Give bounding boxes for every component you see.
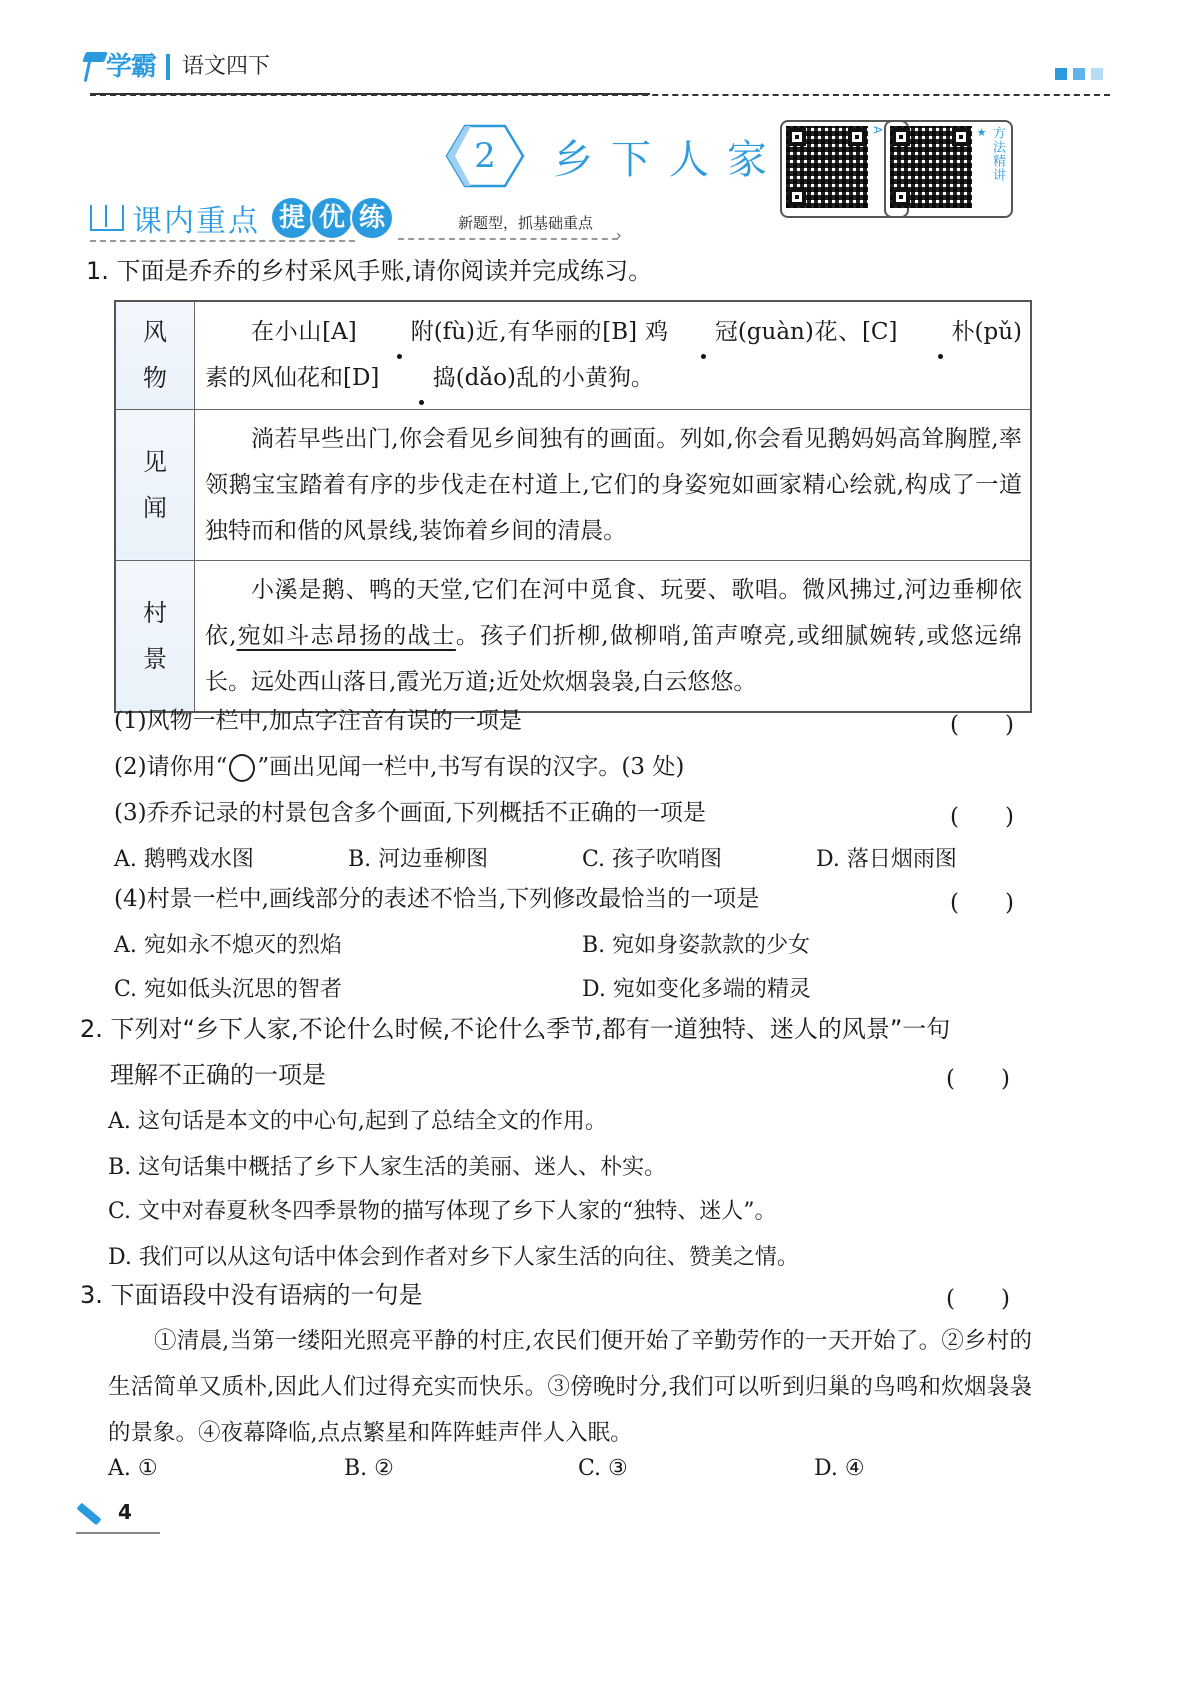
brand-divider xyxy=(166,54,170,80)
row-header: 村景 xyxy=(115,560,195,712)
corner-squares-decoration xyxy=(1055,68,1103,80)
question-2-stem: 2. 下列对“乡下人家,不论什么时候,不论什么季节,都有一道独特、迷人的风景”一… xyxy=(80,1014,950,1044)
qr-label: 方法精讲 xyxy=(990,126,1005,182)
option-b: B. 宛如身姿款款的少女 xyxy=(582,928,810,959)
brand-logo: 学霸 语文四下 xyxy=(82,52,270,82)
option-d: D. ④ xyxy=(814,1456,865,1481)
footer-underline xyxy=(76,1532,160,1534)
row-text-jianwen: 淌若早些出门,你会看见乡间独有的画面。列如,你会看见鹅妈妈高耸胸膛,率领鹅宝宝踏… xyxy=(195,409,1032,560)
section-note: 新题型，抓基础重点 xyxy=(458,212,593,233)
section-badge: 优 xyxy=(310,196,354,240)
answer-blank[interactable]: ( ) xyxy=(946,1280,1010,1313)
section-badge: 提 xyxy=(270,196,314,240)
section-underline xyxy=(90,240,355,242)
field-notes-table: 风物 在小山[A] 附(fù)近,有华丽的[B] 鸡冠(guàn)花、[C] 朴… xyxy=(114,300,1032,713)
dotted-char: 朴 xyxy=(906,309,975,355)
star-icon: ★ xyxy=(975,126,988,212)
qr-badge-icon: A xyxy=(871,126,884,212)
option-c: C. ③ xyxy=(578,1456,628,1481)
lesson-title: 乡下人家 xyxy=(553,128,785,185)
row-text-cunjing: 小溪是鹅、鸭的天堂,它们在河中觅食、玩要、歌唱。微风拂过,河边垂柳依依,宛如斗志… xyxy=(195,560,1032,712)
arrow-right-icon: › xyxy=(616,228,622,244)
question-2-stem-cont: 理解不正确的一项是 xyxy=(110,1060,326,1090)
q1-sub1: (1)风物一栏中,加点字注音有误的一项是 xyxy=(114,706,522,736)
lesson-number: 2 xyxy=(445,122,525,190)
row-header: 风物 xyxy=(115,301,195,409)
table-row: 见闻 淌若早些出门,你会看见乡间独有的画面。列如,你会看见鹅妈妈高耸胸膛,率领鹅… xyxy=(115,409,1031,560)
circle-icon xyxy=(229,754,255,782)
section-header: 课内重点 提 优 练 xyxy=(90,196,390,240)
answer-blank[interactable]: ( ) xyxy=(950,798,1014,831)
q1-sub2: (2)请你用“”画出见闻一栏中,书写有误的汉字。(3 处) xyxy=(114,752,684,782)
question-3-stem: 3. 下面语段中没有语病的一句是 xyxy=(80,1280,423,1310)
row-text-fengwu: 在小山[A] 附(fù)近,有华丽的[B] 鸡冠(guàn)花、[C] 朴(pǔ… xyxy=(195,301,1032,409)
option-b: B. ② xyxy=(344,1456,394,1481)
brand-name: 学霸 xyxy=(106,52,156,82)
question-1-stem: 1. 下面是乔乔的乡村采风手账,请你阅读并完成练习。 xyxy=(86,256,652,286)
option-a: A. 鹅鸭戏水图 xyxy=(114,842,254,873)
section-badge: 练 xyxy=(350,196,394,240)
option-b: B. 这句话集中概括了乡下人家生活的美丽、迷人、朴实。 xyxy=(108,1150,666,1181)
square-icon xyxy=(1091,68,1103,80)
option-c: C. 孩子吹哨图 xyxy=(582,842,722,873)
option-b: B. 河边垂柳图 xyxy=(348,842,488,873)
table-row: 风物 在小山[A] 附(fù)近,有华丽的[B] 鸡冠(guàn)花、[C] 朴… xyxy=(115,301,1031,409)
pencil-icon xyxy=(76,1503,101,1526)
option-c: C. 文中对春夏秋冬四季景物的描写体现了乡下人家的“独特、迷人”。 xyxy=(108,1194,777,1225)
dotted-char: 附 xyxy=(365,309,434,355)
open-book-icon xyxy=(90,205,124,231)
book-subject: 语文四下 xyxy=(182,52,270,82)
header-divider-solid xyxy=(90,93,650,95)
section-note-line xyxy=(398,238,618,240)
dotted-char: 冠 xyxy=(669,309,738,355)
section-title: 课内重点 xyxy=(132,196,260,240)
row-header: 见闻 xyxy=(115,409,195,560)
q1-sub3: (3)乔乔记录的村景包含多个画面,下列概括不正确的一项是 xyxy=(114,798,706,828)
underlined-phrase: 宛如斗志昂扬的战士 xyxy=(237,623,456,649)
option-a: A. ① xyxy=(108,1456,158,1481)
page-number: 4 xyxy=(118,1500,132,1524)
qr-code-icon xyxy=(786,126,868,208)
option-d: D. 落日烟雨图 xyxy=(816,842,957,873)
option-d: D. 我们可以从这句话中体会到作者对乡下人家生活的向往、赞美之情。 xyxy=(108,1240,799,1271)
answer-blank[interactable]: ( ) xyxy=(946,1060,1010,1093)
qr-code-icon xyxy=(890,126,972,208)
question-3-passage: ①清晨,当第一缕阳光照亮平静的村庄,农民们便开始了辛勤劳作的一天开始了。②乡村的… xyxy=(108,1318,1032,1456)
hexagon-number-badge: 2 xyxy=(445,122,525,190)
graduation-cap-icon xyxy=(82,52,104,82)
section-badges: 提 优 练 xyxy=(270,196,390,240)
option-a: A. 宛如永不熄灭的烈焰 xyxy=(114,928,342,959)
option-c: C. 宛如低头沉思的智者 xyxy=(114,972,342,1003)
answer-blank[interactable]: ( ) xyxy=(950,706,1014,739)
dotted-char: 捣 xyxy=(387,355,456,401)
answer-blank[interactable]: ( ) xyxy=(950,884,1014,917)
table-row: 村景 小溪是鹅、鸭的天堂,它们在河中觅食、玩要、歌唱。微风拂过,河边垂柳依依,宛… xyxy=(115,560,1031,712)
option-a: A. 这句话是本文的中心句,起到了总结全文的作用。 xyxy=(108,1104,607,1135)
q1-sub4: (4)村景一栏中,画线部分的表述不恰当,下列修改最恰当的一项是 xyxy=(114,884,759,914)
square-icon xyxy=(1073,68,1085,80)
qr-code-method-explain[interactable]: 方法精讲★ xyxy=(884,120,1013,218)
lesson-heading: 2 乡下人家 xyxy=(445,122,785,190)
option-d: D. 宛如变化多端的精灵 xyxy=(582,972,811,1003)
square-icon xyxy=(1055,68,1067,80)
